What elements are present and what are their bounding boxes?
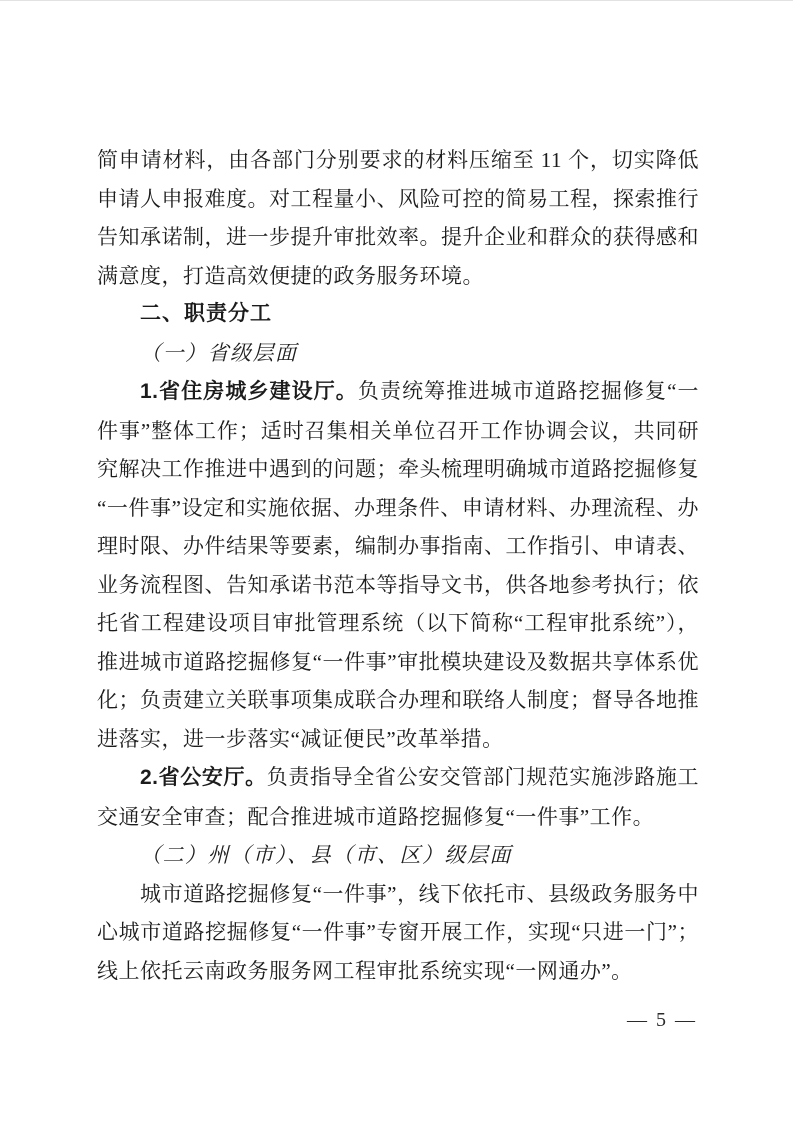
paragraph-dept-housing: 1.省住房城乡建设厅。负责统筹推进城市道路挖掘修复“一件事”整体工作；适时召集相…: [97, 372, 699, 758]
page-number: — 5 —: [627, 1008, 697, 1032]
section-heading-duties: 二、职责分工: [97, 295, 699, 334]
dept-police-lead: 2.省公安厅。: [140, 766, 267, 789]
subsection-heading-province-level: （一）省级层面: [97, 334, 699, 373]
subsection-heading-city-county-level: （二）州（市）、县（市、区）级层面: [97, 836, 699, 875]
paragraph-dept-police: 2.省公安厅。负责指导全省公安交管部门规范实施涉路施工交通安全审查；配合推进城市…: [97, 758, 699, 836]
document-page: 简申请材料，由各部门分别要求的材料压缩至 11 个，切实降低申请人申报难度。对工…: [0, 0, 793, 1122]
paragraph-continuation: 简申请材料，由各部门分别要求的材料压缩至 11 个，切实降低申请人申报难度。对工…: [97, 141, 699, 295]
paragraph-city-county: 城市道路挖掘修复“一件事”，线下依托市、县级政务服务中心城市道路挖掘修复“一件事…: [97, 875, 699, 991]
dept-housing-body: 负责统筹推进城市道路挖掘修复“一件事”整体工作；适时召集相关单位召开工作协调会议…: [97, 379, 699, 751]
dept-housing-lead: 1.省住房城乡建设厅。: [140, 380, 358, 403]
document-body: 简申请材料，由各部门分别要求的材料压缩至 11 个，切实降低申请人申报难度。对工…: [97, 141, 699, 990]
